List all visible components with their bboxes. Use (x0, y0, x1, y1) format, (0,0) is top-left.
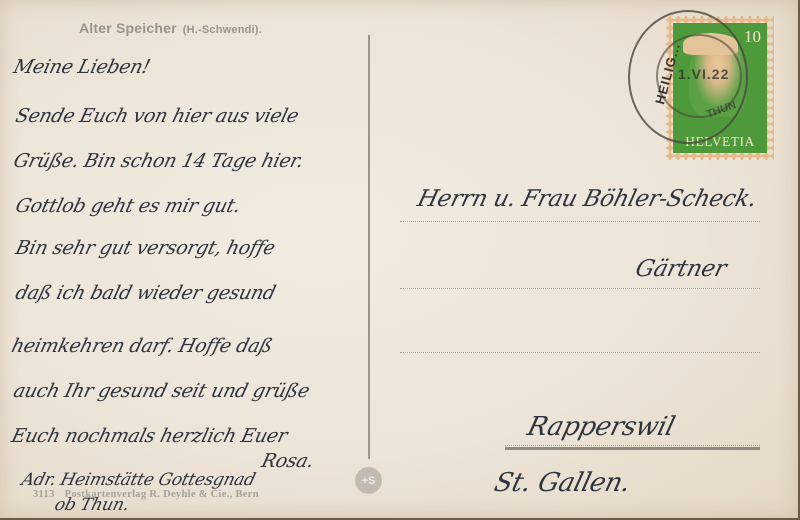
publisher-number: 3113 (33, 489, 55, 500)
message-line: Euch nochmals herzlich Euer (9, 425, 289, 447)
message-line: auch Ihr gesund seit und grüße (11, 380, 312, 402)
postmark-date: 1.VI.22 (678, 66, 729, 82)
publisher-name: Postkartenverlag R. Deyhle & Cie., Bern (65, 489, 259, 500)
message-line: Sende Euch von hier aus viele (13, 105, 301, 127)
title-text: Alter Speicher (79, 20, 177, 36)
printed-title: Alter Speicher(H.-Schwendi). (79, 20, 262, 36)
vertical-divider (368, 35, 370, 459)
recipient-occupation: Gärtner (633, 256, 729, 282)
message-line: Bin sehr gut versorgt, hoffe (13, 237, 277, 259)
recipient-canton: St. Gallen. (491, 468, 633, 498)
address-line-rule (400, 352, 760, 353)
recipient-name: Herrn u. Frau Böhler-Scheck. (415, 186, 760, 212)
address-line-rule (400, 288, 760, 289)
stamp-area: 10 HELVETIA HEILIG... 1.VI.22 THUN (628, 4, 788, 160)
message-line: Gottlob geht es mir gut. (13, 195, 243, 217)
recipient-city: Rapperswil (524, 412, 677, 442)
title-subtitle: (H.-Schwendi). (183, 24, 262, 36)
address-line-rule (400, 221, 760, 222)
message-line: Grüße. Bin schon 14 Tage hier. (11, 150, 305, 172)
address-line-rule (505, 445, 760, 446)
swiss-cross-seal-icon: +S (355, 467, 382, 494)
stamp-value: 10 (744, 27, 761, 47)
address-underline (505, 447, 760, 450)
postcard-back: Alter Speicher(H.-Schwendi). Meine Liebe… (0, 0, 800, 520)
publisher-imprint: 3113Postkartenverlag R. Deyhle & Cie., B… (33, 489, 259, 500)
message-line: Meine Lieben! (11, 56, 152, 78)
message-line: Adr. Heimstätte Gottesgnad (20, 470, 258, 490)
message-line: daß ich bald wieder gesund (13, 282, 278, 304)
message-line: heimkehren darf. Hoffe daß (9, 335, 274, 357)
signature: Rosa. (259, 450, 316, 472)
